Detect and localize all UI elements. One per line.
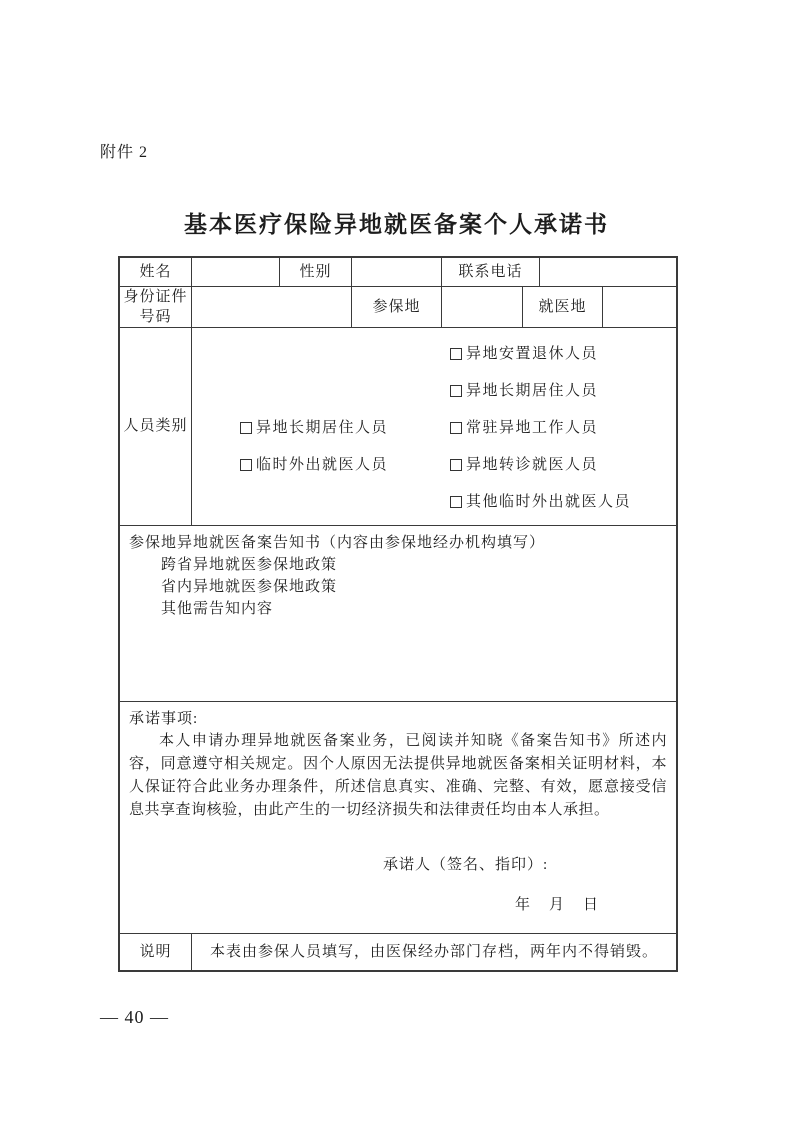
option-label: 异地长期居住人员 xyxy=(256,419,388,437)
treatment-area-label: 就医地 xyxy=(523,287,603,327)
id-number-value-cell[interactable] xyxy=(192,287,352,327)
signer-signature-label: 承诺人（签名、指印）: xyxy=(383,855,548,875)
person-category-option[interactable]: 临时外出就医人员 xyxy=(240,456,388,474)
person-category-left-column: 异地长期居住人员 临时外出就医人员 xyxy=(240,419,388,474)
commitment-form-table: 姓名 性别 联系电话 身份证件号码 参保地 就医地 人员类别 异地长期居住人 xyxy=(118,256,678,972)
checkbox-icon xyxy=(240,422,252,434)
table-row-id-areas: 身份证件号码 参保地 就医地 xyxy=(120,287,676,328)
name-value-cell[interactable] xyxy=(192,258,280,286)
commitment-heading: 承诺事项: xyxy=(129,708,667,730)
option-label: 临时外出就医人员 xyxy=(256,456,388,474)
table-row-commitment: 承诺事项: 本人申请办理异地就医备案业务，已阅读并知晓《备案告知书》所述内容，同… xyxy=(120,702,676,934)
person-category-options-area: 异地长期居住人员 临时外出就医人员 异地安置退休人员 异地长期居住人员 xyxy=(192,328,676,525)
option-label: 异地安置退休人员 xyxy=(466,345,598,363)
page-number: — 40 — xyxy=(100,1007,169,1028)
person-category-option[interactable]: 常驻异地工作人员 xyxy=(450,419,631,437)
name-label: 姓名 xyxy=(120,258,192,286)
commitment-body-text: 本人申请办理异地就医备案业务，已阅读并知晓《备案告知书》所述内容，同意遵守相关规… xyxy=(129,730,667,822)
table-row-person-category: 人员类别 异地长期居住人员 临时外出就医人员 异地安置退休人员 xyxy=(120,328,676,526)
option-label: 异地转诊就医人员 xyxy=(466,456,598,474)
person-category-label: 人员类别 xyxy=(120,328,192,525)
insured-area-label: 参保地 xyxy=(352,287,442,327)
person-category-option[interactable]: 异地长期居住人员 xyxy=(240,419,388,437)
gender-value-cell[interactable] xyxy=(352,258,442,286)
person-category-right-column: 异地安置退休人员 异地长期居住人员 常驻异地工作人员 异地转诊就医人员 xyxy=(450,345,631,511)
person-category-option[interactable]: 异地转诊就医人员 xyxy=(450,456,631,474)
table-row-basic-info: 姓名 性别 联系电话 xyxy=(120,258,676,287)
checkbox-icon xyxy=(450,459,462,471)
note-label: 说明 xyxy=(120,934,192,970)
option-label: 其他临时外出就医人员 xyxy=(466,493,631,511)
commitment-section: 承诺事项: 本人申请办理异地就医备案业务，已阅读并知晓《备案告知书》所述内容，同… xyxy=(120,702,676,933)
person-category-option[interactable]: 异地安置退休人员 xyxy=(450,345,631,363)
notice-title: 参保地异地就医备案告知书（内容由参保地经办机构填写） xyxy=(129,532,667,554)
date-ymd-label: 年 月 日 xyxy=(515,895,600,915)
gender-label: 性别 xyxy=(280,258,352,286)
id-number-label: 身份证件号码 xyxy=(120,287,192,327)
phone-value-cell[interactable] xyxy=(540,258,676,286)
table-row-notice: 参保地异地就医备案告知书（内容由参保地经办机构填写） 跨省异地就医参保地政策 省… xyxy=(120,526,676,702)
checkbox-icon xyxy=(240,459,252,471)
checkbox-icon xyxy=(450,385,462,397)
notice-item: 跨省异地就医参保地政策 xyxy=(161,554,667,576)
notice-item: 省内异地就医参保地政策 xyxy=(161,576,667,598)
option-label: 异地长期居住人员 xyxy=(466,382,598,400)
person-category-option[interactable]: 其他临时外出就医人员 xyxy=(450,493,631,511)
notice-section: 参保地异地就医备案告知书（内容由参保地经办机构填写） 跨省异地就医参保地政策 省… xyxy=(120,526,676,701)
checkbox-icon xyxy=(450,348,462,360)
checkbox-icon xyxy=(450,422,462,434)
note-text: 本表由参保人员填写，由医保经办部门存档，两年内不得销毁。 xyxy=(192,934,676,970)
phone-label: 联系电话 xyxy=(442,258,540,286)
option-label: 常驻异地工作人员 xyxy=(466,419,598,437)
page-title: 基本医疗保险异地就医备案个人承诺书 xyxy=(0,206,793,239)
notice-item: 其他需告知内容 xyxy=(161,598,667,620)
treatment-area-value-cell[interactable] xyxy=(603,287,676,327)
person-category-option[interactable]: 异地长期居住人员 xyxy=(450,382,631,400)
insured-area-value-cell[interactable] xyxy=(442,287,523,327)
table-row-note: 说明 本表由参保人员填写，由医保经办部门存档，两年内不得销毁。 xyxy=(120,934,676,970)
attachment-label: 附件 2 xyxy=(100,139,148,162)
checkbox-icon xyxy=(450,496,462,508)
